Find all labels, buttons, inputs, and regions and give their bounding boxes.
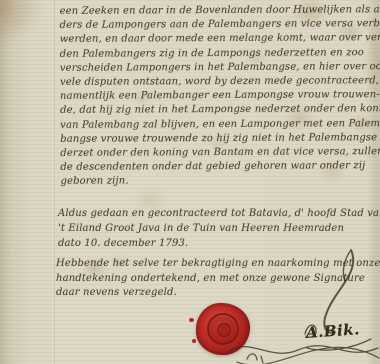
- attestation-paragraph: Hebbende het selve ter bekragtiging en n…: [56, 257, 378, 301]
- manuscript-line: Aldus gedaan en gecontracteerd tot Batav…: [58, 206, 378, 221]
- paper-fold-line: [54, 0, 55, 364]
- manuscript-line: de descendenten onder dat gebied gehoren…: [60, 159, 378, 175]
- wax-drip: [189, 318, 194, 322]
- manuscript-line: geboren zijn.: [60, 174, 378, 190]
- closing-paragraph: Aldus gedaan en gecontracteerd tot Batav…: [58, 206, 378, 251]
- manuscript-line: 't Eiland Groot Java in de Tuin van Heer…: [58, 221, 378, 236]
- manuscript-line: Hebbende het selve ter bekragtiging en n…: [56, 257, 378, 272]
- manuscript-line: den Palembangers zig in de Lampongs nede…: [60, 46, 378, 62]
- manuscript-line: handtekening ondertekend, en met onze ge…: [56, 272, 378, 287]
- dateline: dato 10. december 1793.: [58, 236, 378, 251]
- manuscript-line: de, dat hij zig niet in het Lampongse ne…: [60, 103, 378, 119]
- wax-drip: [192, 339, 196, 343]
- wax-seal-center: [217, 323, 231, 337]
- body-paragraph: een Zeeken en daar in de Bovenlanden doo…: [60, 3, 379, 189]
- manuscript-line: van Palembang zal blijven, en een Lampon…: [60, 117, 378, 133]
- manuscript-page: een Zeeken en daar in de Bovenlanden doo…: [0, 0, 380, 364]
- wax-seal-emboss: [207, 313, 239, 345]
- red-wax-seal: [196, 303, 250, 355]
- signature-text: A.Bik.: [306, 321, 361, 341]
- manuscript-line: daar nevens verzegeld.: [56, 286, 378, 301]
- manuscript-line: werden, en daar door mede een melange ko…: [60, 32, 378, 48]
